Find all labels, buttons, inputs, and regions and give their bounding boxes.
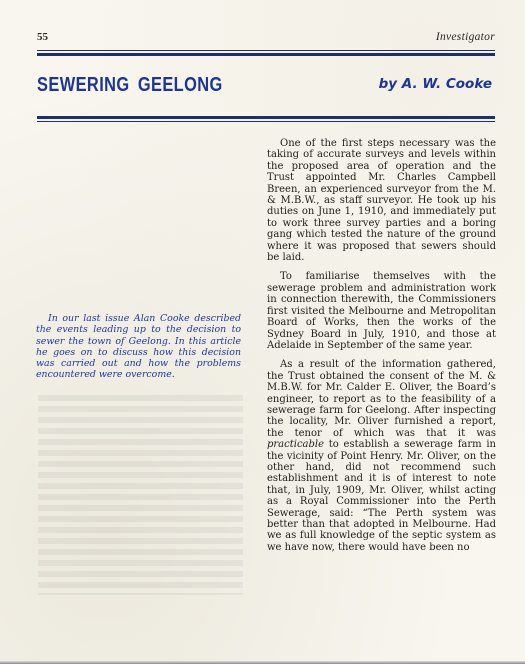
body-paragraph: One of the first steps necessary was the… — [267, 138, 496, 263]
rule-thin-line — [37, 121, 495, 122]
body-paragraph: As a result of the information gathered,… — [267, 359, 496, 553]
magazine-page: 55 Investigator SEWERING GEELONG by A. W… — [0, 0, 525, 664]
paragraph-text: to establish a sewerage farm in the vici… — [267, 439, 496, 553]
rule-thick-line — [37, 116, 495, 119]
header-rule-top — [37, 50, 495, 56]
show-through-texture — [38, 395, 243, 595]
article-intro: In our last issue Alan Cooke described t… — [36, 313, 241, 381]
article-title: SEWERING GEELONG — [37, 74, 223, 97]
running-head: Investigator — [436, 31, 495, 43]
header-rule-bottom — [37, 116, 495, 122]
article-byline: by A. W. Cooke — [379, 76, 492, 92]
article-body-column: One of the first steps necessary was the… — [267, 138, 496, 561]
rule-thin-line — [37, 50, 495, 51]
emphasis-text: practicable — [267, 439, 324, 450]
paragraph-text: As a result of the information gathered,… — [267, 359, 496, 438]
rule-thick-line — [37, 53, 495, 56]
page-number: 55 — [37, 31, 48, 43]
body-paragraph: To familiarise themselves with the sewer… — [267, 271, 496, 351]
